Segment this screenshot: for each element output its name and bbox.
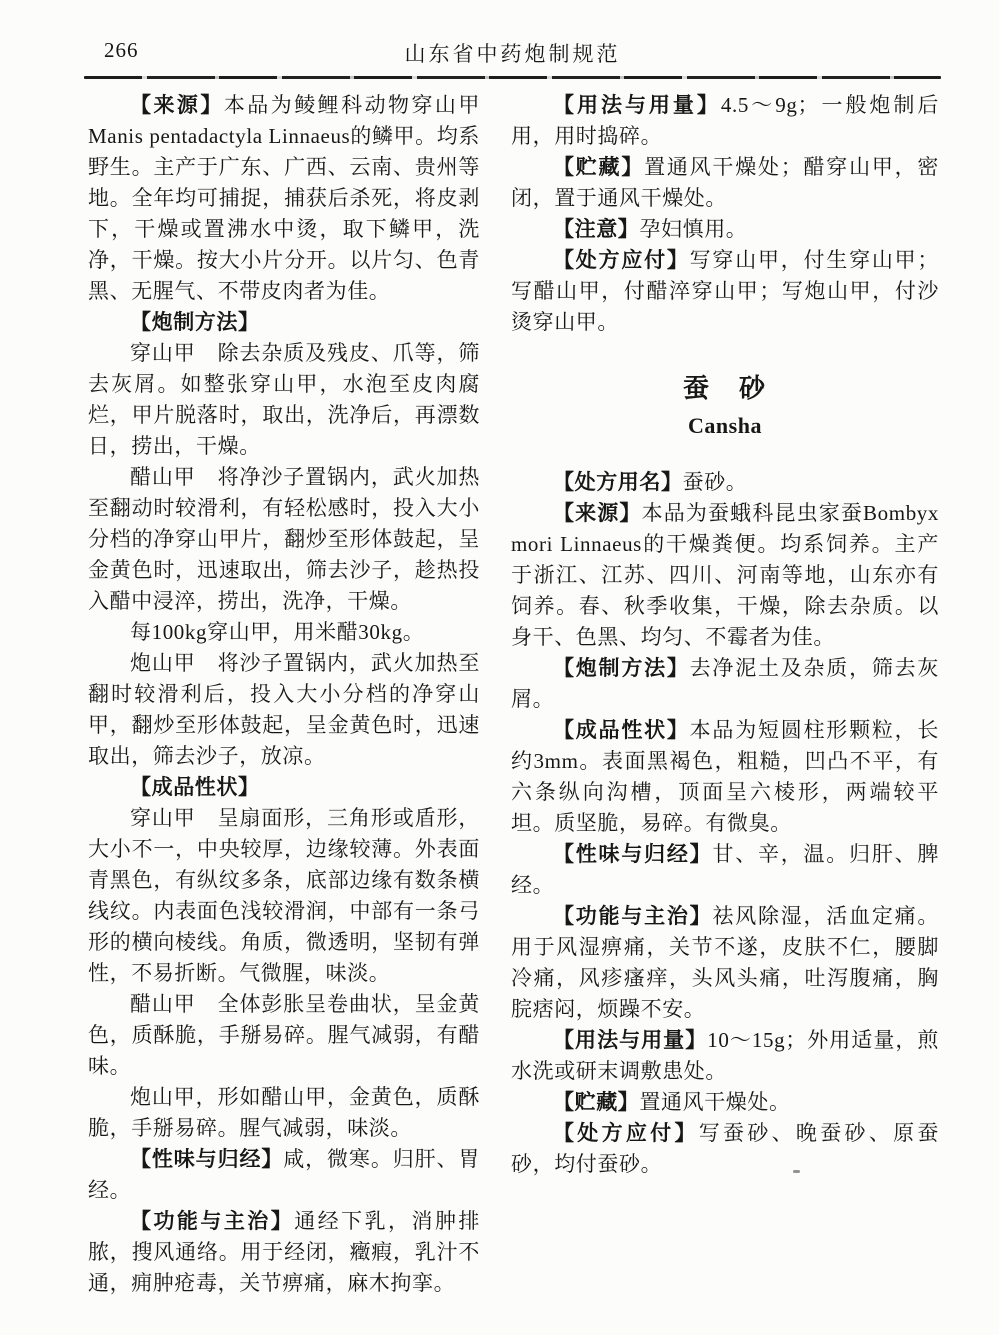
field-label: 【成品性状】 — [553, 718, 690, 742]
right-column: 【用法与用量】4.5～9g；一般炮制后用，用时捣碎。【贮藏】置通风干燥处；醋穿山… — [511, 90, 939, 1180]
paragraph: 【用法与用量】4.5～9g；一般炮制后用，用时捣碎。 — [511, 90, 939, 152]
paragraph: 醋山甲 将净沙子置锅内，武火加热至翻动时较滑利，有轻松感时，投入大小分档的净穿山… — [88, 462, 480, 617]
page-content: 【来源】本品为鲮鲤科动物穿山甲Manis pentadactyla Linnae… — [88, 90, 939, 1299]
field-label: 【贮藏】 — [553, 155, 644, 179]
paragraph: 【性味与归经】甘、辛，温。归肝、脾经。 — [511, 839, 939, 901]
paragraph: 【处方应付】写穿山甲，付生穿山甲；写醋山甲，付醋淬穿山甲；写炮山甲，付沙烫穿山甲… — [511, 245, 939, 338]
paragraph: 【贮藏】置通风干燥处。 — [511, 1087, 939, 1118]
field-label: 【成品性状】 — [130, 775, 260, 799]
field-label: 【注意】 — [553, 217, 639, 241]
field-label: 【功能与主治】 — [130, 1209, 294, 1233]
paragraph: 穿山甲 除去杂质及残皮、爪等，筛去灰屑。如整张穿山甲，水泡至皮肉腐烂，甲片脱落时… — [88, 338, 480, 462]
paragraph: 【炮制方法】 — [88, 307, 480, 338]
section-title-pinyin: Cansha — [511, 412, 939, 440]
field-label: 【来源】 — [130, 93, 224, 117]
paragraph: 每100kg穿山甲，用米醋30kg。 — [88, 617, 480, 648]
paragraph: 【处方用名】蚕砂。 — [511, 467, 939, 498]
scanned-book-page: 266 山东省中药炮制规范 【来源】本品为鲮鲤科动物穿山甲Manis penta… — [0, 0, 999, 1335]
field-label: 【性味与归经】 — [130, 1147, 283, 1171]
field-label: 【性味与归经】 — [553, 842, 712, 866]
paragraph: 【功能与主治】祛风除湿，活血定痛。用于风湿痹痛，关节不遂，皮肤不仁，腰脚冷痛，风… — [511, 901, 939, 1025]
paragraph: 炮山甲，形如醋山甲，金黄色，质酥脆，手掰易碎。腥气减弱，味淡。 — [88, 1082, 480, 1144]
field-label: 【处方应付】 — [553, 1121, 699, 1145]
paragraph: 【用法与用量】10～15g；外用适量，煎水洗或研末调敷患处。 — [511, 1025, 939, 1087]
paragraph: 【功能与主治】通经下乳，消肿排脓，搜风通络。用于经闭，癥瘕，乳汁不通，痈肿疮毒，… — [88, 1206, 480, 1299]
header-rule — [84, 76, 941, 79]
field-label: 【功能与主治】 — [553, 904, 712, 928]
paragraph: 【处方应付】写蚕砂、晚蚕砂、原蚕砂，均付蚕砂。 — [511, 1118, 939, 1180]
paragraph: 【来源】本品为蚕蛾科昆虫家蚕Bombyx mori Linnaeus的干燥粪便。… — [511, 498, 939, 653]
paragraph: 【炮制方法】去净泥土及杂质，筛去灰屑。 — [511, 653, 939, 715]
field-label: 【用法与用量】 — [553, 1028, 707, 1052]
field-label: 【炮制方法】 — [130, 310, 260, 334]
field-label: 【处方应付】 — [553, 248, 690, 272]
paragraph: 【性味与归经】咸，微寒。归肝、胃经。 — [88, 1144, 480, 1206]
paragraph: 【注意】孕妇慎用。 — [511, 214, 939, 245]
paragraph: 【来源】本品为鲮鲤科动物穿山甲Manis pentadactyla Linnae… — [88, 90, 480, 307]
field-label: 【用法与用量】 — [553, 93, 721, 117]
left-column: 【来源】本品为鲮鲤科动物穿山甲Manis pentadactyla Linnae… — [88, 90, 480, 1299]
field-label: 【来源】 — [553, 501, 642, 525]
paragraph: 【成品性状】本品为短圆柱形颗粒，长约3mm。表面黑褐色，粗糙，凹凸不平，有六条纵… — [511, 715, 939, 839]
paragraph: 穿山甲 呈扇面形，三角形或盾形，大小不一，中央较厚，边缘较薄。外表面青黑色，有纵… — [88, 803, 480, 989]
field-label: 【处方用名】 — [553, 470, 683, 494]
field-label: 【炮制方法】 — [553, 656, 690, 680]
page-header: 266 山东省中药炮制规范 — [86, 38, 939, 68]
scan-artifact-speck — [793, 1170, 800, 1173]
field-label: 【贮藏】 — [553, 1090, 639, 1114]
paragraph: 【成品性状】 — [88, 772, 480, 803]
paragraph: 【贮藏】置通风干燥处；醋穿山甲，密闭，置于通风干燥处。 — [511, 152, 939, 214]
section-title-chinese: 蚕 砂 — [511, 373, 939, 405]
paragraph: 醋山甲 全体彭胀呈卷曲状，呈金黄色，质酥脆，手掰易碎。腥气减弱，有醋味。 — [88, 989, 480, 1082]
running-head-title: 山东省中药炮制规范 — [86, 38, 939, 68]
paragraph: 炮山甲 将沙子置锅内，武火加热至翻时较滑利后，投入大小分档的净穿山甲，翻炒至形体… — [88, 648, 480, 772]
